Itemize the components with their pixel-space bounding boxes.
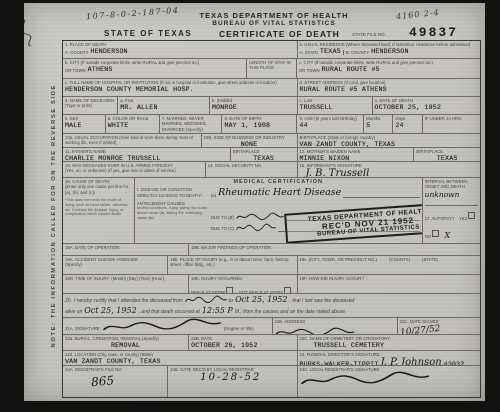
physician-signature-handwriting bbox=[102, 318, 222, 333]
funeral-director-number: #3032 bbox=[444, 361, 465, 365]
burial-location-value: VAN ZANDT COUNTY, TEXAS bbox=[65, 358, 295, 365]
field-age-months: Months 5 bbox=[363, 115, 392, 133]
row-burial: 22a. BURIAL, CREMATION, REMOVAL (Specify… bbox=[63, 334, 480, 350]
res-county-value: HENDERSON bbox=[371, 48, 408, 55]
field-cemetery: 22c. NAME OF CEMETERY OR CREMATORY TRUSS… bbox=[297, 335, 481, 350]
date-received-handwriting: 10-28-52 bbox=[200, 372, 294, 383]
age-years-value: 44 bbox=[299, 122, 361, 129]
name-sub-label: (Type or print) bbox=[65, 103, 115, 108]
field-place-of-death: 1. PLACE OF DEATH a. COUNTY HENDERSON bbox=[63, 41, 297, 58]
field-operation-date: 18a. DATE OF OPERATION bbox=[63, 244, 188, 255]
certify-to: to bbox=[229, 298, 233, 304]
field-middle-name: b. (Middle) MONROE bbox=[209, 97, 297, 114]
state-value: TEXAS bbox=[320, 48, 341, 55]
sex-value: MALE bbox=[65, 122, 103, 129]
state-file-no-label: STATE FILE NO. bbox=[352, 32, 386, 37]
funeral-home-value: BURKS-WALKER-TIPPIT bbox=[300, 361, 379, 365]
field-sex: 5. SEX MALE bbox=[63, 115, 105, 133]
death-time-handwriting: 12:55 P bbox=[202, 306, 233, 315]
residence-city-value: RURAL ROUTE #5 bbox=[322, 66, 380, 73]
hospital-value: HENDERSON COUNTY MEMORIAL HOSP. bbox=[65, 86, 295, 93]
field-label: LENGTH OF STAY IN THIS PLACE bbox=[249, 60, 294, 71]
armed-forces-sub: (Yes, no, or unknown) (If yes, give war … bbox=[65, 168, 203, 173]
autopsy-label: 17. AUTOPSY? bbox=[425, 216, 455, 221]
field-date-of-birth: 8. DATE OF BIRTH MAY 1, 1908 bbox=[221, 115, 296, 133]
attended-from-handwriting bbox=[185, 295, 227, 304]
field-father-birthplace: BIRTHPLACE TEXAS bbox=[230, 148, 297, 161]
field-hospital: c. FULL NAME OF HOSPITAL OR INSTITUTION … bbox=[63, 79, 297, 96]
field-first-name: a. First MR. ALLEN bbox=[117, 97, 209, 114]
res-county-label: b. COUNTY bbox=[343, 50, 369, 55]
certify-last-saw: , that I last saw the deceased bbox=[290, 298, 355, 304]
field-label: d. STREET ADDRESS (If rural, give locati… bbox=[300, 80, 478, 85]
while-at-work-checkbox bbox=[226, 287, 233, 293]
cause-a-label: (a) bbox=[211, 193, 216, 198]
handwritten-admin-number: 107-8-0-2-187-04 bbox=[86, 6, 180, 22]
medical-certification-heading: MEDICAL CERTIFICATION bbox=[137, 179, 420, 185]
state-file-number: 49837 bbox=[409, 25, 458, 40]
age-days-value: 24 bbox=[395, 122, 419, 129]
field-burial-type: 22a. BURIAL, CREMATION, REMOVAL (Specify… bbox=[63, 335, 188, 350]
field-usual-residence: 2. USUAL RESIDENCE (Where deceased lived… bbox=[297, 41, 480, 58]
cause-medical-certification: MEDICAL CERTIFICATION I. DISEASE OR COND… bbox=[134, 178, 422, 243]
field-burial-location: 22d. LOCATION (City, town, or county) (S… bbox=[63, 351, 297, 365]
father-birthplace-value: TEXAS bbox=[233, 155, 295, 161]
field-age-hours: IF UNDER 24 HRS. bbox=[422, 115, 480, 133]
interval-handwriting: unknown bbox=[425, 190, 478, 199]
burial-type-value: REMOVAL bbox=[65, 342, 186, 349]
injury-state-label: (STATE) bbox=[422, 257, 438, 262]
father-value: CHARLIE MONROE TRUSSELL bbox=[65, 155, 228, 161]
field-name-label: 3. NAME OF DECEASED (Type or print) bbox=[63, 97, 117, 114]
date-of-death-value: OCTOBER 25, 1952 bbox=[375, 104, 478, 111]
county-value: HENDERSON bbox=[90, 48, 127, 55]
field-label: 4. DATE OF DEATH bbox=[375, 98, 478, 103]
or-town-label: OR TOWN bbox=[65, 68, 86, 73]
county-label: a. COUNTY bbox=[65, 50, 88, 55]
registrar-signature-handwriting bbox=[299, 370, 429, 388]
row-accident: 19a. ACCIDENT SUICIDE HOMICIDE (Specify)… bbox=[63, 255, 480, 274]
field-registrar-file-no: 24a. REGISTRAR'S FILE NO. 865 bbox=[63, 366, 167, 397]
certify-alive-on: alive on bbox=[65, 309, 82, 315]
state-label: a. STATE bbox=[300, 50, 318, 55]
burial-date-value: OCTOBER 26, 1952 bbox=[191, 342, 294, 349]
first-label: a. First bbox=[120, 98, 207, 103]
last-label: c. Last bbox=[300, 98, 370, 103]
row-hospital-street: c. FULL NAME OF HOSPITAL OR INSTITUTION … bbox=[63, 78, 480, 96]
middle-value: MONROE bbox=[212, 104, 295, 111]
city-value: ATHENS bbox=[88, 66, 113, 73]
accident-sub-label: (Specify) bbox=[65, 262, 165, 267]
cause-note: (Enter only one cause per line for (a), … bbox=[65, 184, 132, 195]
bureau-title: BUREAU OF VITAL STATISTICS bbox=[174, 20, 374, 27]
certificate-title: CERTIFICATE OF DEATH bbox=[219, 29, 340, 39]
under-24-label: IF UNDER 24 HRS. bbox=[425, 116, 478, 121]
field-place-city: b. CITY (If outside corporate limits, wr… bbox=[63, 59, 246, 78]
row-registrar: 24a. REGISTRAR'S FILE NO. 865 24b. DATE … bbox=[63, 365, 480, 397]
months-label: Months bbox=[366, 116, 390, 121]
field-label: c. FULL NAME OF HOSPITAL OR INSTITUTION … bbox=[65, 80, 295, 85]
autopsy-mark-handwriting: X bbox=[445, 231, 451, 240]
physician-address-handwriting bbox=[275, 327, 355, 334]
state-of-texas-label: STATE OF TEXAS bbox=[104, 29, 192, 38]
certificate-form-grid: 1. PLACE OF DEATH a. COUNTY HENDERSON 2.… bbox=[62, 40, 481, 398]
row-injury-details: 19d. TIME OF INJURY (Month) (Day) (Year)… bbox=[63, 274, 480, 293]
not-while-at-work-checkbox bbox=[284, 287, 291, 293]
field-ssn: 14. SOCIAL SECURITY NO. bbox=[205, 162, 297, 177]
field-mother-name: 12. MOTHER'S MAIDEN NAME MINNIE NIXON bbox=[297, 148, 414, 161]
part1-label: I. DISEASE OR CONDITION DIRECTLY LEADING… bbox=[137, 187, 209, 198]
funeral-director-signature-handwriting: J. P. Johnson bbox=[381, 357, 442, 365]
due-to-b-label: DUE TO (b) bbox=[211, 215, 234, 220]
field-informant-signature: 15. INFORMANT'S SIGNATURE J. B. Trussell bbox=[297, 162, 481, 177]
field-father-name: 11. FATHER'S NAME CHARLIE MONROE TRUSSEL… bbox=[63, 148, 230, 161]
row-service-ssn-informant: 13. WAS DECEASED EVER IN U.S. ARMED FORC… bbox=[63, 161, 480, 177]
attended-to-handwriting: Oct 25, 1952 bbox=[235, 295, 287, 304]
field-length-of-stay: LENGTH OF STAY IN THIS PLACE bbox=[246, 59, 296, 78]
dob-value: MAY 1, 1908 bbox=[224, 122, 294, 129]
days-label: Days bbox=[395, 116, 419, 121]
cause-side-note: *This does not mean the mode of dying, s… bbox=[65, 198, 132, 217]
autopsy-yes-checkbox bbox=[468, 212, 475, 219]
mother-birthplace-value: TEXAS bbox=[416, 155, 478, 161]
due-to-c-label: DUE TO (c) bbox=[211, 226, 234, 231]
last-value: TRUSSELL bbox=[300, 104, 370, 111]
field-marital-status: 7. MARRIED, NEVER MARRIED, WIDOWED, DIVO… bbox=[159, 115, 222, 133]
field-burial-date: 22b. DATE OCTOBER 26, 1952 bbox=[188, 335, 296, 350]
autopsy-yes-label: YES bbox=[459, 216, 468, 221]
field-mother-birthplace: BIRTHPLACE TEXAS bbox=[413, 148, 480, 161]
field-how-injury-occurred: 19f. HOW DID INJURY OCCUR? bbox=[297, 275, 481, 293]
not-while-at-work-label: NOT WHILE AT WORK bbox=[239, 290, 283, 293]
due-to-b-handwriting bbox=[236, 212, 284, 221]
field-armed-forces: 13. WAS DECEASED EVER IN U.S. ARMED FORC… bbox=[63, 162, 205, 177]
row-name-dod: 3. NAME OF DECEASED (Type or print) a. F… bbox=[63, 96, 480, 114]
row-operation: 18a. DATE OF OPERATION 18b. MAJOR FINDIN… bbox=[63, 243, 480, 255]
reverse-side-margin-note: NOTE: THE INFORMATION CALLED FOR ON THE … bbox=[48, 51, 60, 381]
row-certification: 20. I hereby certify that I attended the… bbox=[63, 293, 480, 317]
field-race: 6. COLOR OR RACE WHITE bbox=[105, 115, 159, 133]
field-date-of-death: 4. DATE OF DEATH OCTOBER 25, 1952 bbox=[372, 97, 480, 114]
row-parents: 11. FATHER'S NAME CHARLIE MONROE TRUSSEL… bbox=[63, 147, 480, 161]
field-autopsy: 17. AUTOPSY? YES NO X bbox=[425, 205, 478, 243]
certify-number: 20. bbox=[65, 298, 72, 304]
margin-handwriting-scribble bbox=[8, 6, 37, 50]
cemetery-value: TRUSSELL CEMETERY bbox=[314, 342, 479, 349]
autopsy-no-checkbox bbox=[432, 230, 439, 237]
mother-value: MINNIE NIXON bbox=[300, 155, 412, 161]
autopsy-no-label: NO bbox=[425, 234, 431, 239]
row-location-director: 22d. LOCATION (City, town, or county) (S… bbox=[63, 350, 480, 365]
row-city: b. CITY (If outside corporate limits, wr… bbox=[63, 58, 480, 78]
field-occupation: 10a. USUAL OCCUPATION (Give kind of work… bbox=[63, 134, 201, 147]
while-at-work-label: WHILE AT WORK bbox=[191, 290, 225, 293]
due-to-c-handwriting bbox=[236, 223, 276, 232]
field-physician-address: 21b. ADDRESS bbox=[272, 318, 397, 334]
field-cause-label: 16. CAUSE OF DEATH (Enter only one cause… bbox=[63, 178, 134, 243]
field-label: 2. USUAL RESIDENCE (Where deceased lived… bbox=[300, 42, 478, 47]
field-place-of-injury: 19b. PLACE OF INJURY (e.g., in or about … bbox=[167, 256, 296, 274]
field-accident-suicide-homicide: 19a. ACCIDENT SUICIDE HOMICIDE (Specify) bbox=[63, 256, 167, 274]
antecedent-label: ANTECEDENT CAUSES Morbid conditions, if … bbox=[137, 201, 209, 221]
field-time-of-injury: 19d. TIME OF INJURY (Month) (Day) (Year)… bbox=[63, 275, 188, 293]
antecedent-note: Morbid conditions, if any, giving rise t… bbox=[137, 206, 209, 220]
certify-closing: M., from the causes and on the date stat… bbox=[235, 309, 346, 315]
field-date-received: 24b. DATE REC'D BY LOCAL REGISTRAR 10-28… bbox=[167, 366, 296, 397]
field-certification-statement: 20. I hereby certify that I attended the… bbox=[63, 294, 480, 317]
race-value: WHITE bbox=[108, 122, 157, 129]
field-operation-findings: 18b. MAJOR FINDINGS OF OPERATION bbox=[188, 244, 480, 255]
field-physician-signature: 21a. SIGNATURE (Degree or title) bbox=[63, 318, 272, 334]
field-date-signed: 21c. DATE SIGNED 10/27/52 bbox=[397, 318, 480, 334]
handwritten-file-reference: 4160 2-4 bbox=[396, 8, 440, 22]
time-of-injury-columns: (Month) (Day) (Year) (Hour) bbox=[111, 276, 164, 281]
certify-occurred-at: , and that death occurred at bbox=[139, 309, 200, 315]
row-place-residence: 1. PLACE OF DEATH a. COUNTY HENDERSON 2.… bbox=[63, 41, 480, 58]
cause-a-handwriting: Rheumatic Heart Disease bbox=[218, 187, 341, 198]
field-injury-occurred: 19e. INJURY OCCURRED WHILE AT WORK NOT W… bbox=[188, 275, 296, 293]
death-certificate-scan: 107-8-0-2-187-04 4160 2-4 TEXAS DEPARTME… bbox=[24, 3, 485, 401]
field-injury-city: 19c. (CITY, TOWN, OR PRECINCT NO.) (COUN… bbox=[297, 256, 480, 274]
middle-label: b. (Middle) bbox=[212, 98, 295, 103]
first-value: MR. ALLEN bbox=[120, 104, 207, 111]
field-funeral-director: 23. FUNERAL DIRECTOR'S SIGNATURE BURKS-W… bbox=[297, 351, 480, 365]
field-age-years: 9. AGE (In years last birthday) 44 bbox=[296, 115, 363, 133]
row-occupation-birthplace: 10a. USUAL OCCUPATION (Give kind of work… bbox=[63, 133, 480, 147]
field-interval: INTERVAL BETWEEN ONSET AND DEATH unknown… bbox=[422, 178, 480, 243]
birthplace-value: VAN ZANDT COUNTY, TEXAS bbox=[300, 141, 478, 147]
field-industry: 10b. KIND OF BUSINESS OR INDUSTRY NONE bbox=[201, 134, 297, 147]
alive-on-handwriting: Oct 25, 1952 bbox=[84, 306, 136, 315]
field-registrar-signature: 24c. LOCAL REGISTRAR'S SIGNATURE bbox=[297, 366, 480, 397]
injury-county-label: (COUNTY) bbox=[389, 257, 410, 262]
age-months-value: 5 bbox=[366, 122, 390, 129]
field-age-days: Days 24 bbox=[392, 115, 421, 133]
field-last-name: c. Last TRUSSELL bbox=[297, 97, 372, 114]
row-demographics: 5. SEX MALE 6. COLOR OR RACE WHITE 7. MA… bbox=[63, 114, 480, 133]
row-physician-signature: 21a. SIGNATURE (Degree or title) 21b. AD… bbox=[63, 317, 480, 334]
degree-label: (Degree or title) bbox=[224, 326, 254, 331]
department-title: TEXAS DEPARTMENT OF HEALTH bbox=[174, 11, 374, 20]
informant-signature-handwriting: J. B. Trussell bbox=[306, 168, 479, 177]
field-birthplace: BIRTHPLACE (State or foreign country) VA… bbox=[297, 134, 480, 147]
or-town-label: OR TOWN bbox=[299, 68, 320, 73]
row-cause-of-death: 16. CAUSE OF DEATH (Enter only one cause… bbox=[63, 177, 480, 243]
industry-value: NONE bbox=[204, 141, 295, 147]
field-street-address: d. STREET ADDRESS (If rural, give locati… bbox=[297, 79, 480, 96]
street-value: RURAL ROUTE #5 ATHENS bbox=[300, 86, 478, 93]
field-residence-city: c. CITY (If outside corporate limits, wr… bbox=[296, 59, 480, 78]
